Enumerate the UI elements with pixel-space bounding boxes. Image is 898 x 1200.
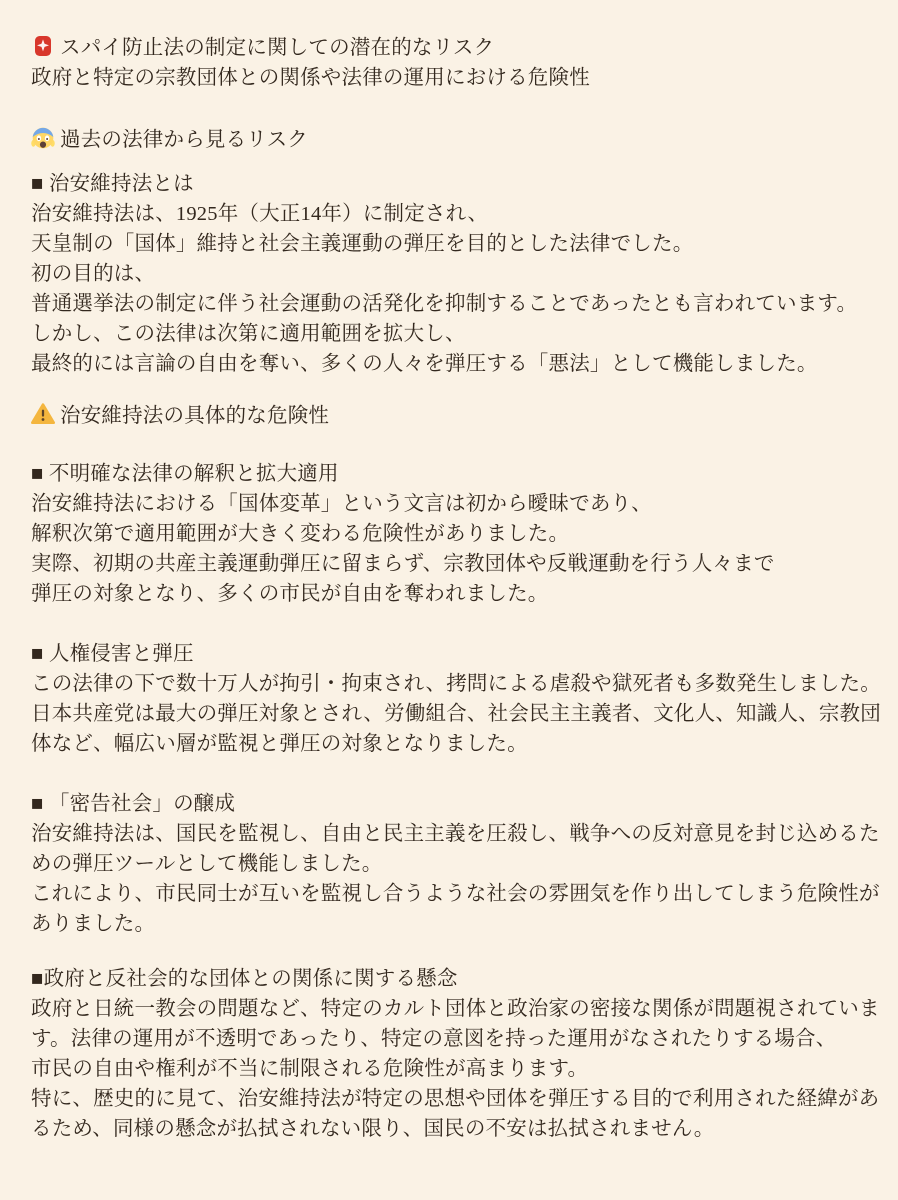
text-line: めの弾圧ツールとして機能しました。 — [31, 849, 878, 879]
siren-icon — [31, 34, 55, 58]
heading-text: 治安維持法の具体的な危険性 — [60, 405, 329, 427]
text-line: しかし、この法律は次第に適用範囲を拡大し、 — [31, 319, 878, 349]
section-heading-line: 過去の法律から見るリスク — [31, 125, 878, 155]
scream-icon — [31, 126, 55, 150]
bullet-heading-line: ■政府と反社会的な団体との関係に関する懸念 — [31, 964, 878, 994]
text-block: 過去の法律から見るリスク — [31, 125, 878, 155]
text-line: 最終的には言論の自由を奪い、多くの人々を弾圧する「悪法」として機能しました。 — [31, 349, 878, 379]
section-heading-line: 治安維持法の具体的な危険性 — [31, 401, 878, 431]
text-block: 治安維持法の具体的な危険性 — [31, 401, 878, 431]
heading-text: スパイ防止法の制定に関しての潜在的なリスク — [60, 37, 494, 59]
text-block: ■ 「密告社会」の醸成治安維持法は、国民を監視し、自由と民主主義を圧殺し、戦争へ… — [31, 789, 878, 939]
text-block: スパイ防止法の制定に関しての潜在的なリスク政府と特定の宗教団体との関係や法律の運… — [31, 33, 878, 93]
warning-icon — [31, 402, 55, 426]
text-line: 弾圧の対象となり、多くの市民が自由を奪われました。 — [31, 579, 878, 609]
text-line: 政府と日統一教会の問題など、特定のカルト団体と政治家の密接な関係が問題視されてい… — [31, 994, 878, 1024]
text-line: 市民の自由や権利が不当に制限される危険性が高まります。 — [31, 1054, 878, 1084]
text-line: ありました。 — [31, 909, 878, 939]
section-heading-line: スパイ防止法の制定に関しての潜在的なリスク — [31, 33, 878, 63]
text-block: ■政府と反社会的な団体との関係に関する懸念政府と日統一教会の問題など、特定のカル… — [31, 964, 878, 1144]
document: スパイ防止法の制定に関しての潜在的なリスク政府と特定の宗教団体との関係や法律の運… — [0, 0, 898, 1144]
text-line: これにより、市民同士が互いを監視し合うような社会の雰囲気を作り出してしまう危険性… — [31, 879, 878, 909]
text-line: 治安維持法は、1925年（大正14年）に制定され、 — [31, 199, 878, 229]
text-line: 体など、幅広い層が監視と弾圧の対象となりました。 — [31, 729, 878, 759]
bullet-heading-line: ■ 「密告社会」の醸成 — [31, 789, 878, 819]
text-line: この法律の下で数十万人が拘引・拘束され、拷問による虐殺や獄死者も多数発生しました… — [31, 669, 878, 699]
text-line: 実際、初期の共産主義運動弾圧に留まらず、宗教団体や反戦運動を行う人々まで — [31, 549, 878, 579]
text-line: 特に、歴史的に見て、治安維持法が特定の思想や団体を弾圧する目的で利用された経緯が… — [31, 1084, 878, 1114]
text-line: るため、同様の懸念が払拭されない限り、国民の不安は払拭されません。 — [31, 1114, 878, 1144]
text-line: 治安維持法における「国体変革」という文言は初から曖昧であり、 — [31, 489, 878, 519]
text-line: 治安維持法は、国民を監視し、自由と民主主義を圧殺し、戦争への反対意見を封じ込める… — [31, 819, 878, 849]
bullet-heading-line: ■ 治安維持法とは — [31, 169, 878, 199]
text-screenshot-page: { "page": { "background": "#faf2e5", "te… — [0, 0, 898, 1200]
text-line: 政府と特定の宗教団体との関係や法律の運用における危険性 — [31, 63, 878, 93]
text-line: す。法律の運用が不透明であったり、特定の意図を持った運用がなされたりする場合、 — [31, 1024, 878, 1054]
text-line: 解釈次第で適用範囲が大きく変わる危険性がありました。 — [31, 519, 878, 549]
bullet-heading-line: ■ 不明確な法律の解釈と拡大適用 — [31, 459, 878, 489]
text-line: 初の目的は、 — [31, 259, 878, 289]
text-block: ■ 不明確な法律の解釈と拡大適用治安維持法における「国体変革」という文言は初から… — [31, 459, 878, 609]
text-block: ■ 人権侵害と弾圧この法律の下で数十万人が拘引・拘束され、拷問による虐殺や獄死者… — [31, 639, 878, 759]
bullet-heading-line: ■ 人権侵害と弾圧 — [31, 639, 878, 669]
text-line: 普通選挙法の制定に伴う社会運動の活発化を抑制することであったとも言われています。 — [31, 289, 878, 319]
text-block: ■ 治安維持法とは治安維持法は、1925年（大正14年）に制定され、天皇制の「国… — [31, 169, 878, 379]
heading-text: 過去の法律から見るリスク — [60, 129, 308, 151]
text-line: 天皇制の「国体」維持と社会主義運動の弾圧を目的とした法律でした。 — [31, 229, 878, 259]
text-line: 日本共産党は最大の弾圧対象とされ、労働組合、社会民主主義者、文化人、知識人、宗教… — [31, 699, 878, 729]
